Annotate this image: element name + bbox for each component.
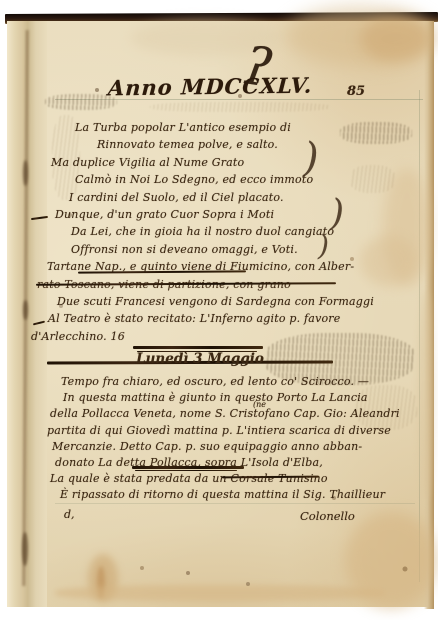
day-line-4: partita di qui Giovedì mattina p. L'inti… bbox=[47, 423, 415, 439]
poem-line-2: Rinnovato temea polve, e salto. bbox=[97, 136, 405, 153]
day-entry-block: Tempo fra chiaro, ed oscuro, ed lento co… bbox=[45, 374, 415, 504]
bleedthrough-mark bbox=[150, 102, 330, 112]
gutter-ink-blob bbox=[23, 160, 28, 186]
arrival-line-3: Due scuti Francesi vengono di Sardegna c… bbox=[57, 293, 405, 310]
poem-line-3: Ma duplice Vigilia al Nume Grato bbox=[51, 154, 405, 171]
poem-line-7: Da Lei, che in gioia ha il nostro duol c… bbox=[71, 223, 405, 240]
ink-specks bbox=[0, 0, 2, 2]
signature: Colonello bbox=[300, 509, 355, 523]
poem-line-6: Dunque, d'un grato Cuor Sopra i Moti bbox=[55, 206, 405, 223]
day-line-6: donato La detta Pollacca, sopra L'Isola … bbox=[55, 455, 415, 471]
day-line-3: della Pollacca Veneta, nome S. Cristofan… bbox=[50, 406, 415, 422]
day-line-5: Mercanzie. Detto Cap. p. suo equipaggio … bbox=[52, 439, 415, 455]
day-line-2: In questa mattina è giunto in questo Por… bbox=[63, 390, 415, 406]
year-heading: Anno MDCCXLV. bbox=[107, 73, 313, 101]
paper-stain bbox=[360, 16, 432, 62]
poem-line-1: La Turba popolar L'antico esempio di bbox=[75, 119, 405, 136]
interlinear-insertion: (ne bbox=[253, 400, 266, 409]
underline-stroke bbox=[132, 466, 244, 469]
paper-stain bbox=[55, 585, 385, 601]
folio-number: 85 bbox=[347, 84, 365, 99]
bleedthrough-mark bbox=[45, 94, 117, 110]
paper-stain bbox=[418, 290, 434, 500]
day-heading: Lunedì 3 Maggio bbox=[130, 351, 270, 367]
day-line-7: La quale è stata predata da un Corsale T… bbox=[50, 471, 415, 487]
gutter-ink-blob bbox=[23, 300, 28, 320]
poem-block: La Turba popolar L'antico esempio di Rin… bbox=[45, 119, 405, 345]
day-line-8: È ripassato di ritorno di questa mattina… bbox=[60, 487, 415, 503]
manuscript-scan: Anno MDCCXLV. ʔ 85 ) ) ) La Turba popola… bbox=[0, 0, 438, 620]
day-line-1: Tempo fra chiaro, ed oscuro, ed lento co… bbox=[61, 374, 415, 390]
arrival-line-4: Al Teatro è stato recitato: L'Inferno ag… bbox=[48, 310, 405, 327]
section-rule bbox=[133, 346, 263, 349]
arrival-line-5: d'Arlecchino. 16 bbox=[31, 328, 405, 345]
margin-mark: d, bbox=[64, 508, 75, 521]
paper-stain bbox=[345, 512, 437, 608]
poem-line-4: Calmò in Noi Lo Sdegno, ed ecco immoto bbox=[75, 171, 405, 188]
gutter-ink-blob bbox=[22, 532, 28, 566]
poem-line-8: Offronsi non si deveano omaggi, e Voti. bbox=[71, 241, 405, 258]
poem-line-5: I cardini del Suolo, ed il Ciel placato. bbox=[69, 189, 405, 206]
